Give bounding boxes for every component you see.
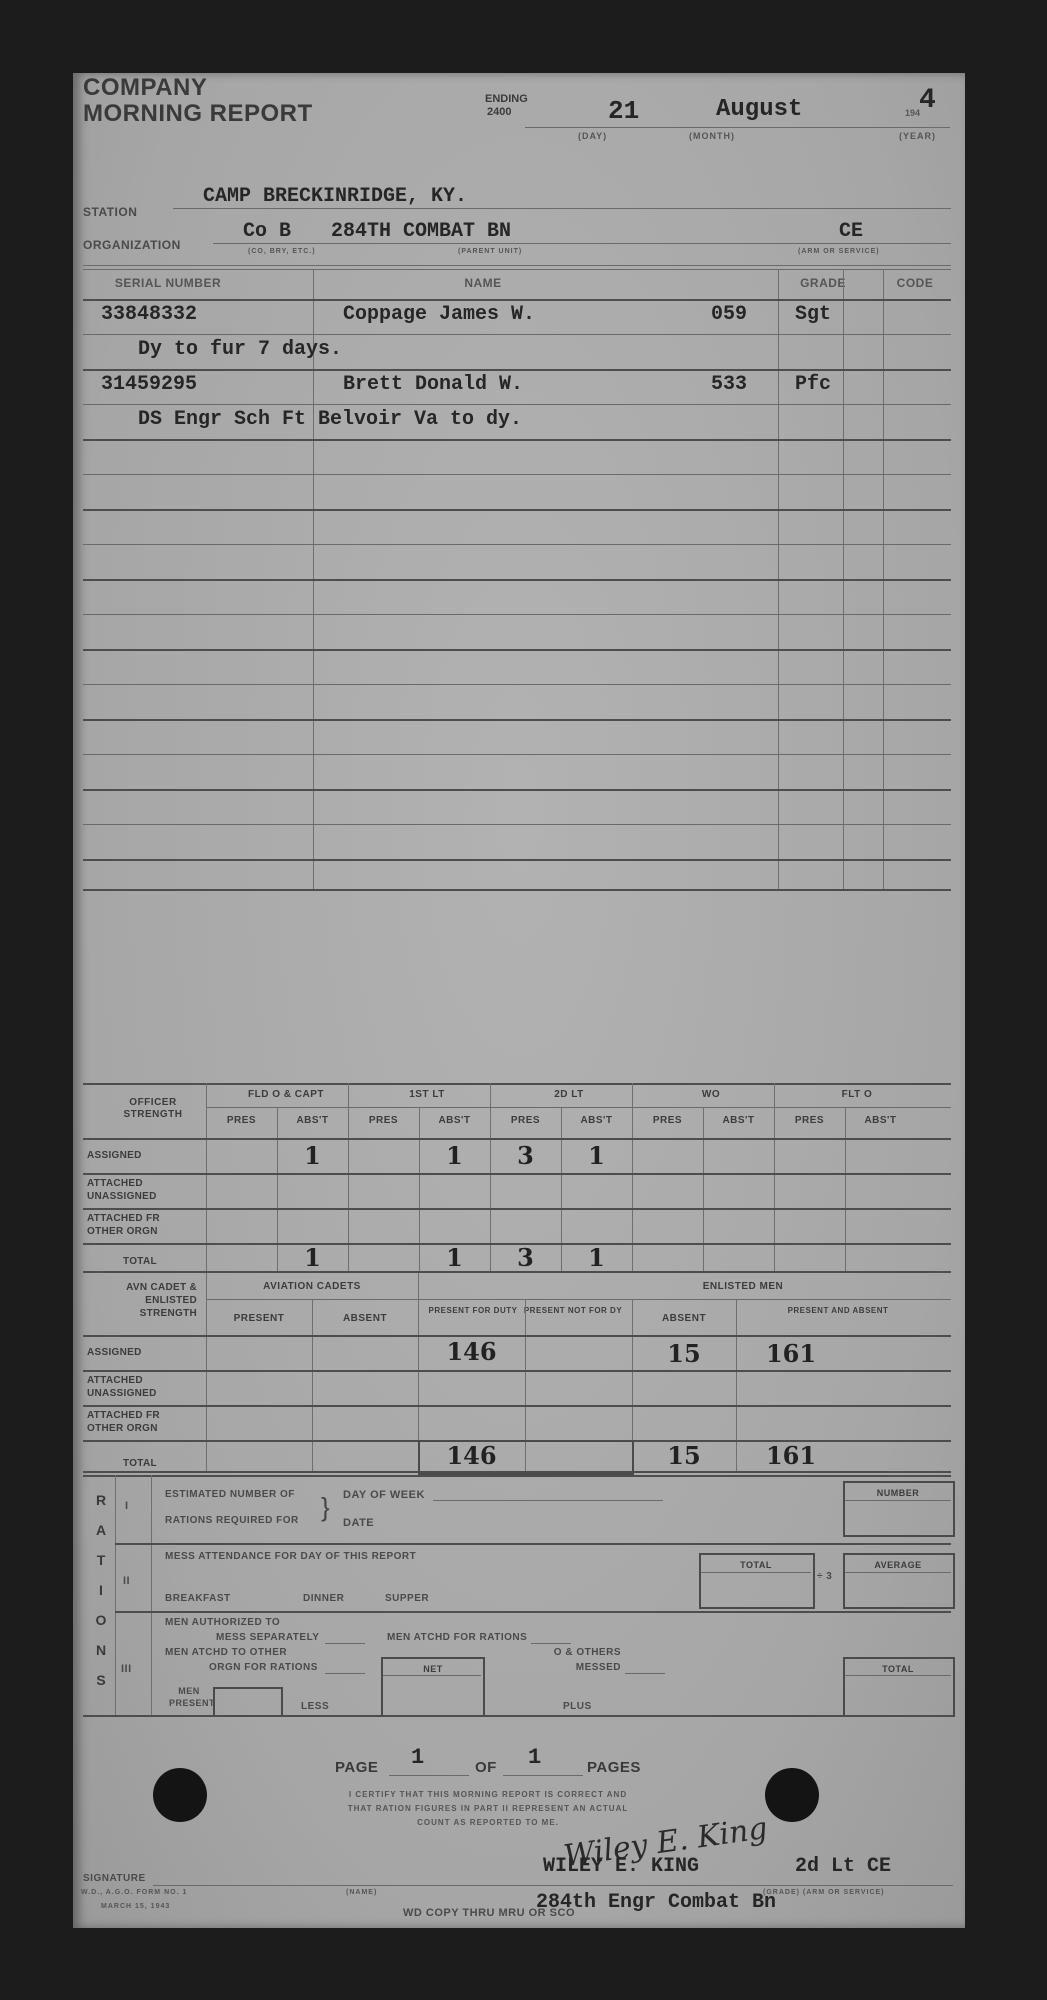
officers-others-label: O & OTHERS xyxy=(501,1647,621,1658)
men-atchd-for-rations-label: MEN ATCHD FOR RATIONS xyxy=(387,1632,527,1643)
rations-side-label: RATIONS xyxy=(91,1485,111,1695)
page-label: PAGE xyxy=(335,1759,378,1776)
enlisted-assigned-cell[interactable]: 15 xyxy=(632,1339,736,1368)
soldier-name[interactable]: Coppage James W. xyxy=(343,303,535,326)
form-title-line1: COMPANY xyxy=(83,75,207,101)
form-number: W.D., A.G.O. FORM NO. 1 xyxy=(81,1889,187,1896)
officer-strength-table: OFFICER STRENGTH FLD O & CAPT 1ST LT 2D … xyxy=(83,1083,951,1273)
row-assigned: ASSIGNED xyxy=(87,1149,142,1162)
row-attached-other-orgn: ATTACHED FR OTHER ORGN xyxy=(87,1212,197,1238)
enlisted-total-cell[interactable]: 146 xyxy=(418,1441,525,1470)
enlisted-total-cell[interactable]: 161 xyxy=(736,1441,846,1470)
name-caption: (NAME) xyxy=(346,1889,377,1896)
punch-hole-right xyxy=(765,1768,819,1822)
officer-assigned-cell[interactable]: 1 xyxy=(561,1141,632,1170)
group-flt-o: FLT O xyxy=(782,1089,932,1101)
officer-total-cell[interactable]: 3 xyxy=(490,1243,561,1272)
col-absent: ABSENT xyxy=(632,1313,736,1325)
average-box-label: AVERAGE xyxy=(843,1559,953,1571)
punch-hole-left xyxy=(153,1768,207,1822)
men-present-box[interactable] xyxy=(213,1687,283,1717)
day-of-week-label: DAY OF WEEK xyxy=(343,1489,425,1501)
breakfast-label: BREAKFAST xyxy=(165,1593,231,1604)
subcol-abst: ABS'T xyxy=(561,1115,632,1127)
group-enlisted-men: ENLISTED MEN xyxy=(643,1281,843,1293)
number-box-label: NUMBER xyxy=(843,1487,953,1499)
report-day[interactable]: 21 xyxy=(608,96,639,126)
row-attached-unassigned: ATTACHED UNASSIGNED xyxy=(87,1374,197,1400)
grade[interactable]: Pfc xyxy=(795,373,831,396)
subcol-pres: PRES xyxy=(774,1115,845,1127)
form-date: MARCH 15, 1943 xyxy=(101,1903,170,1910)
organization-arm[interactable]: CE xyxy=(839,220,863,243)
group-2d-lt: 2D LT xyxy=(498,1089,640,1101)
col-cadets-absent: ABSENT xyxy=(312,1313,418,1325)
men-present-label: MENPRESENT xyxy=(169,1685,209,1709)
form-title-line2: MORNING REPORT xyxy=(83,101,313,127)
divide-by-three: ÷ 3 xyxy=(817,1571,833,1582)
part1-label-line1: ESTIMATED NUMBER OF xyxy=(165,1489,295,1500)
pages-label: PAGES xyxy=(587,1759,641,1776)
remark[interactable]: Dy to fur 7 days. xyxy=(138,338,342,361)
year-caption: (YEAR) xyxy=(899,131,936,141)
certify-line1: I CERTIFY THAT THIS MORNING REPORT IS CO… xyxy=(263,1790,713,1799)
group-wo: WO xyxy=(640,1089,782,1101)
subcol-pres: PRES xyxy=(206,1115,277,1127)
subcol-abst: ABS'T xyxy=(419,1115,490,1127)
arm-caption: (ARM OR SERVICE) xyxy=(798,248,880,255)
page-number[interactable]: 1 xyxy=(411,1745,424,1770)
part3-numeral: III xyxy=(121,1663,132,1675)
signer-unit[interactable]: 284th Engr Combat Bn xyxy=(536,1891,776,1914)
spec-code[interactable]: 059 xyxy=(711,303,747,326)
page-total[interactable]: 1 xyxy=(528,1745,541,1770)
part2-numeral: II xyxy=(123,1575,130,1587)
soldier-name[interactable]: Brett Donald W. xyxy=(343,373,523,396)
organization-parent-unit[interactable]: 284TH COMBAT BN xyxy=(331,220,511,243)
col-serial-number: SERIAL NUMBER xyxy=(93,277,243,289)
net-box-label: NET xyxy=(381,1663,485,1675)
signer-name[interactable]: WILEY E. KING xyxy=(543,1855,699,1878)
serial-number[interactable]: 31459295 xyxy=(101,373,197,396)
col-present-and-absent: PRESENT AND ABSENT xyxy=(743,1305,933,1316)
date-label: DATE xyxy=(343,1517,374,1529)
dinner-label: DINNER xyxy=(303,1593,344,1604)
group-aviation-cadets: AVIATION CADETS xyxy=(206,1281,418,1293)
of-label: OF xyxy=(475,1759,497,1776)
officer-total-cell[interactable]: 1 xyxy=(419,1243,490,1272)
subcol-abst: ABS'T xyxy=(845,1115,916,1127)
total-rations-box-label: TOTAL xyxy=(843,1663,953,1675)
day-caption: (DAY) xyxy=(578,131,607,141)
signer-grade[interactable]: 2d Lt CE xyxy=(795,1855,891,1878)
enlisted-assigned-cell[interactable]: 161 xyxy=(736,1339,846,1368)
organization-company[interactable]: Co B xyxy=(243,220,291,243)
enlisted-strength-table: AVN CADET & ENLISTED STRENGTH AVIATION C… xyxy=(83,1273,951,1473)
organization-label: ORGANIZATION xyxy=(83,238,181,252)
enlisted-strength-title: AVN CADET & ENLISTED STRENGTH xyxy=(87,1281,197,1320)
company-caption: (CO, BRY, ETC.) xyxy=(248,248,316,255)
enlisted-assigned-cell[interactable]: 146 xyxy=(418,1337,525,1366)
part1-label-line2: RATIONS REQUIRED FOR xyxy=(165,1515,299,1526)
row-total: TOTAL xyxy=(123,1255,157,1268)
subcol-abst: ABS'T xyxy=(703,1115,774,1127)
men-authorized-label: MEN AUTHORIZED TO xyxy=(165,1617,280,1628)
certify-line2: THAT RATION FIGURES IN PART II REPRESENT… xyxy=(263,1804,713,1813)
total-box-label: TOTAL xyxy=(699,1559,813,1571)
orgn-for-rations-label: ORGN FOR RATIONS xyxy=(209,1662,318,1673)
officer-total-cell[interactable]: 1 xyxy=(277,1243,348,1272)
officer-assigned-cell[interactable]: 3 xyxy=(490,1141,561,1170)
year-prefix: 194 xyxy=(905,108,920,118)
col-grade: GRADE xyxy=(783,277,863,289)
spec-code[interactable]: 533 xyxy=(711,373,747,396)
morning-report-form: COMPANY MORNING REPORT ENDING 2400 21 Au… xyxy=(73,73,965,1928)
officer-strength-title: OFFICER STRENGTH xyxy=(103,1097,203,1121)
rations-section: RATIONS I ESTIMATED NUMBER OF RATIONS RE… xyxy=(83,1475,951,1815)
col-name: NAME xyxy=(333,277,633,289)
ending-time: 2400 xyxy=(487,106,511,118)
col-cadets-present: PRESENT xyxy=(206,1313,312,1325)
less-label: LESS xyxy=(301,1701,329,1712)
group-fld-o-capt: FLD O & CAPT xyxy=(216,1089,356,1101)
station-label: STATION xyxy=(83,205,137,219)
row-assigned: ASSIGNED xyxy=(87,1346,142,1359)
officer-assigned-cell[interactable]: 1 xyxy=(277,1141,348,1170)
col-present-for-duty: PRESENT FOR DUTY xyxy=(428,1305,518,1316)
row-total: TOTAL xyxy=(123,1457,157,1470)
officer-assigned-cell[interactable]: 1 xyxy=(419,1141,490,1170)
report-month[interactable]: August xyxy=(716,96,802,123)
col-code: CODE xyxy=(883,277,947,289)
group-1st-lt: 1ST LT xyxy=(356,1089,498,1101)
brace-icon: } xyxy=(321,1487,330,1527)
subcol-abst: ABS'T xyxy=(277,1115,348,1127)
supper-label: SUPPER xyxy=(385,1593,429,1604)
remark[interactable]: DS Engr Sch Ft Belvoir Va to dy. xyxy=(138,408,522,431)
messed-label: MESSED xyxy=(501,1662,621,1673)
grade[interactable]: Sgt xyxy=(795,303,831,326)
col-present-not-for-dy: PRESENT NOT FOR DY xyxy=(523,1305,623,1316)
month-caption: (MONTH) xyxy=(689,131,735,141)
ending-label: ENDING xyxy=(485,93,528,105)
subcol-pres: PRES xyxy=(348,1115,419,1127)
parent-unit-caption: (PARENT UNIT) xyxy=(458,248,522,255)
row-attached-unassigned: ATTACHED UNASSIGNED xyxy=(87,1177,197,1203)
certify-line3: COUNT AS REPORTED TO ME. xyxy=(263,1818,713,1827)
station-value[interactable]: CAMP BRECKINRIDGE, KY. xyxy=(203,185,467,208)
officer-total-cell[interactable]: 1 xyxy=(561,1243,632,1272)
plus-label: PLUS xyxy=(563,1701,592,1712)
signature-label: SIGNATURE xyxy=(83,1873,146,1884)
report-year-digit[interactable]: 4 xyxy=(919,85,936,116)
enlisted-total-cell[interactable]: 15 xyxy=(632,1441,736,1470)
grade-caption: (GRADE) (ARM OR SERVICE) xyxy=(763,1889,884,1896)
row-attached-other-orgn: ATTACHED FR OTHER ORGN xyxy=(87,1409,197,1435)
part1-numeral: I xyxy=(125,1500,129,1512)
subcol-pres: PRES xyxy=(490,1115,561,1127)
roster-table: SERIAL NUMBER NAME GRADE CODE 33848332 C… xyxy=(83,269,951,891)
part2-label: MESS ATTENDANCE FOR DAY OF THIS REPORT xyxy=(165,1551,416,1562)
serial-number[interactable]: 33848332 xyxy=(101,303,197,326)
mess-separately-label: MESS SEPARATELY xyxy=(216,1632,319,1643)
subcol-pres: PRES xyxy=(632,1115,703,1127)
men-atchd-to-other-label: MEN ATCHD TO OTHER xyxy=(165,1647,287,1658)
